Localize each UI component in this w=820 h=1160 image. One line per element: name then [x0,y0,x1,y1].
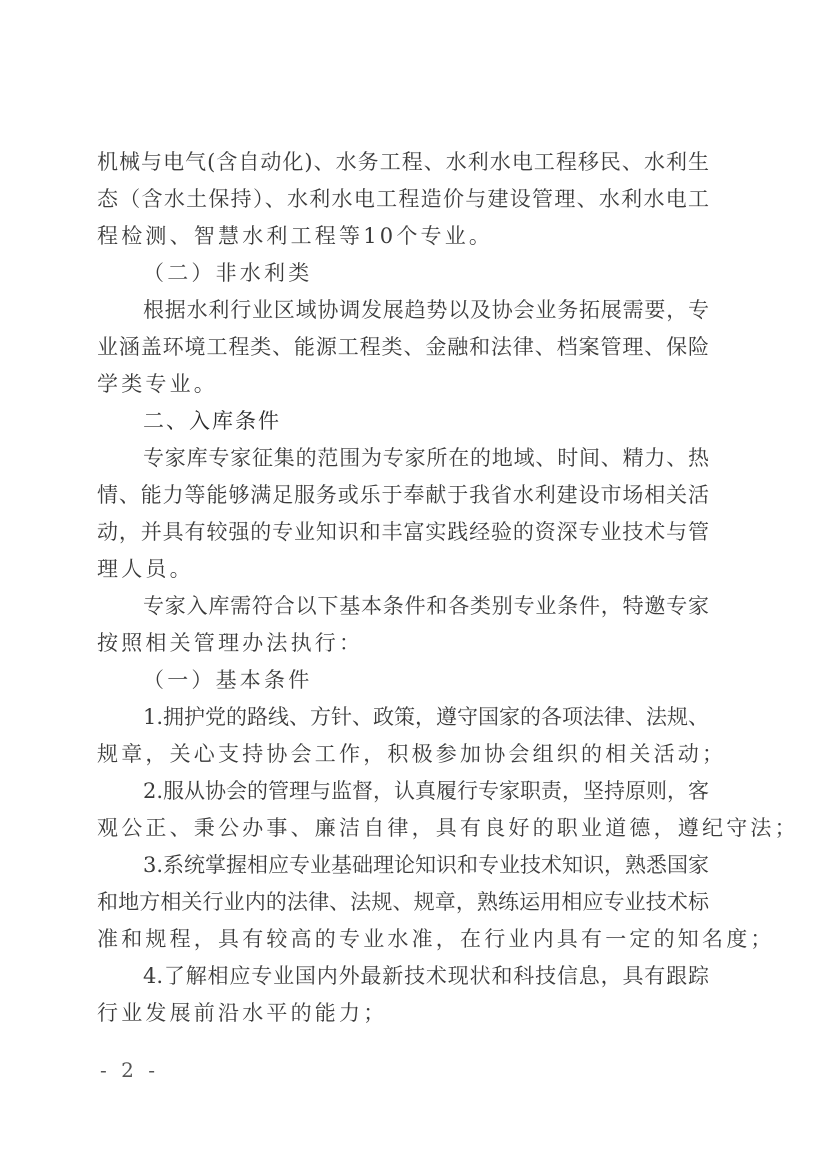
paragraph-scope-line-3: 动，并具有较强的专业知识和丰富实践经验的资深专业技术与管 [97,514,709,551]
condition-2-line-1: 2.服从协会的管理与监督，认真履行专家职责，坚持原则，客 [97,773,709,810]
paragraph-non-water-line-2: 业涵盖环境工程类、能源工程类、金融和法律、档案管理、保险 [97,329,709,366]
paragraph-scope-line-2: 情、能力等能够满足服务或乐于奉献于我省水利建设市场相关活 [97,477,709,514]
paragraph-requirements-line-2: 按照相关管理办法执行： [97,625,709,662]
page-number: - 2 - [100,1058,159,1082]
paragraph-scope-line-1: 专家库专家征集的范围为专家所在的地域、时间、精力、热 [97,440,709,477]
condition-2-line-2: 观公正、秉公办事、廉洁自律，具有良好的职业道德，遵纪守法； [97,810,709,847]
subsection-heading-basic-conditions: （一）基本条件 [97,662,709,699]
body-line-1: 机械与电气(含自动化)、水务工程、水利水电工程移民、水利生 [97,144,709,181]
document-page: 机械与电气(含自动化)、水务工程、水利水电工程移民、水利生 态（含水土保持）、水… [97,144,709,1032]
condition-1-line-1: 1.拥护党的路线、方针、政策，遵守国家的各项法律、法规、 [97,699,709,736]
section-heading-entry-conditions: 二、入库条件 [97,403,709,440]
condition-1-line-2: 规章，关心支持协会工作，积极参加协会组织的相关活动； [97,736,709,773]
condition-3-line-3: 准和规程，具有较高的专业水准，在行业内具有一定的知名度； [97,921,709,958]
condition-3-line-1: 3.系统掌握相应专业基础理论知识和专业技术知识，熟悉国家 [97,847,709,884]
body-line-2: 态（含水土保持）、水利水电工程造价与建设管理、水利水电工 [97,181,709,218]
paragraph-scope-line-4: 理人员。 [97,551,709,588]
body-line-3: 程检测、智慧水利工程等10个专业。 [97,218,709,255]
condition-4-line-2: 行业发展前沿水平的能力； [97,995,709,1032]
paragraph-requirements-line-1: 专家入库需符合以下基本条件和各类别专业条件，特邀专家 [97,588,709,625]
condition-4-line-1: 4.了解相应专业国内外最新技术现状和科技信息，具有跟踪 [97,958,709,995]
paragraph-non-water-line-1: 根据水利行业区域协调发展趋势以及协会业务拓展需要，专 [97,292,709,329]
paragraph-non-water-line-3: 学类专业。 [97,366,709,403]
subsection-heading-non-water: （二）非水利类 [97,255,709,292]
condition-3-line-2: 和地方相关行业内的法律、法规、规章，熟练运用相应专业技术标 [97,884,709,921]
